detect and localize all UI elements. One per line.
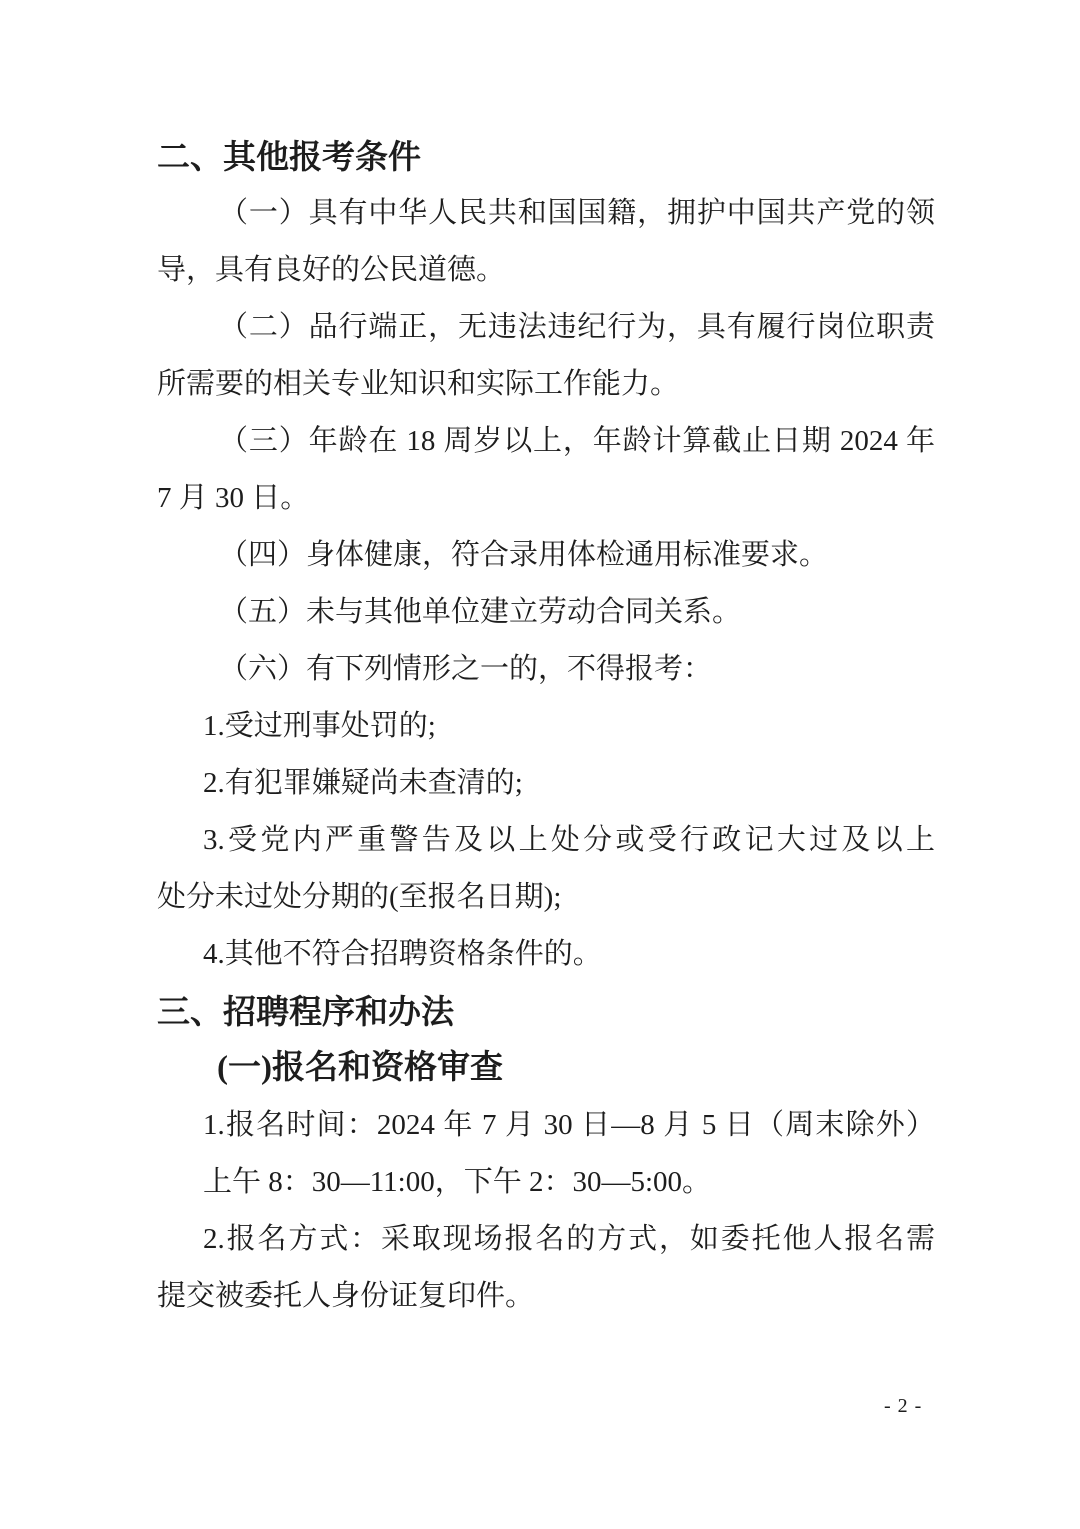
list-item-line: 2.有犯罪嫌疑尚未查清的; <box>157 755 935 812</box>
list-item-line: 处分未过处分期的(至报名日期); <box>157 869 935 926</box>
document-body: 二、其他报考条件 （一）具有中华人民共和国国籍，拥护中国共产党的领 导，具有良好… <box>157 128 935 1325</box>
list-item-line: 提交被委托人身份证复印件。 <box>157 1268 935 1325</box>
list-item-line: 4.其他不符合招聘资格条件的。 <box>157 926 935 983</box>
page-number: - 2 - <box>884 1394 922 1418</box>
body-line: 导，具有良好的公民道德。 <box>157 242 935 299</box>
body-line: 所需要的相关专业知识和实际工作能力。 <box>157 356 935 413</box>
body-line: （四）身体健康，符合录用体检通用标准要求。 <box>157 527 935 584</box>
body-line: （五）未与其他单位建立劳动合同关系。 <box>157 584 935 641</box>
list-item-line: 2.报名方式：采取现场报名的方式，如委托他人报名需 <box>157 1211 935 1268</box>
subsection-heading-registration: (一)报名和资格审查 <box>157 1040 935 1097</box>
body-line: （二）品行端正，无违法违纪行为，具有履行岗位职责 <box>157 299 935 356</box>
body-line: （三）年龄在 18 周岁以上，年龄计算截止日期 2024 年 <box>157 413 935 470</box>
list-item-line: 上午 8：30—11:00，下午 2：30—5:00。 <box>157 1154 935 1211</box>
body-line: 7 月 30 日。 <box>157 470 935 527</box>
list-item-line: 1.受过刑事处罚的; <box>157 698 935 755</box>
section-heading-procedures: 三、招聘程序和办法 <box>157 983 935 1040</box>
body-line: （一）具有中华人民共和国国籍，拥护中国共产党的领 <box>157 185 935 242</box>
list-item-line: 1.报名时间：2024 年 7 月 30 日—8 月 5 日（周末除外） <box>157 1097 935 1154</box>
document-page: 二、其他报考条件 （一）具有中华人民共和国国籍，拥护中国共产党的领 导，具有良好… <box>0 0 1080 1529</box>
section-heading-other-requirements: 二、其他报考条件 <box>157 128 935 185</box>
body-line: （六）有下列情形之一的，不得报考： <box>157 641 935 698</box>
list-item-line: 3.受党内严重警告及以上处分或受行政记大过及以上 <box>157 812 935 869</box>
